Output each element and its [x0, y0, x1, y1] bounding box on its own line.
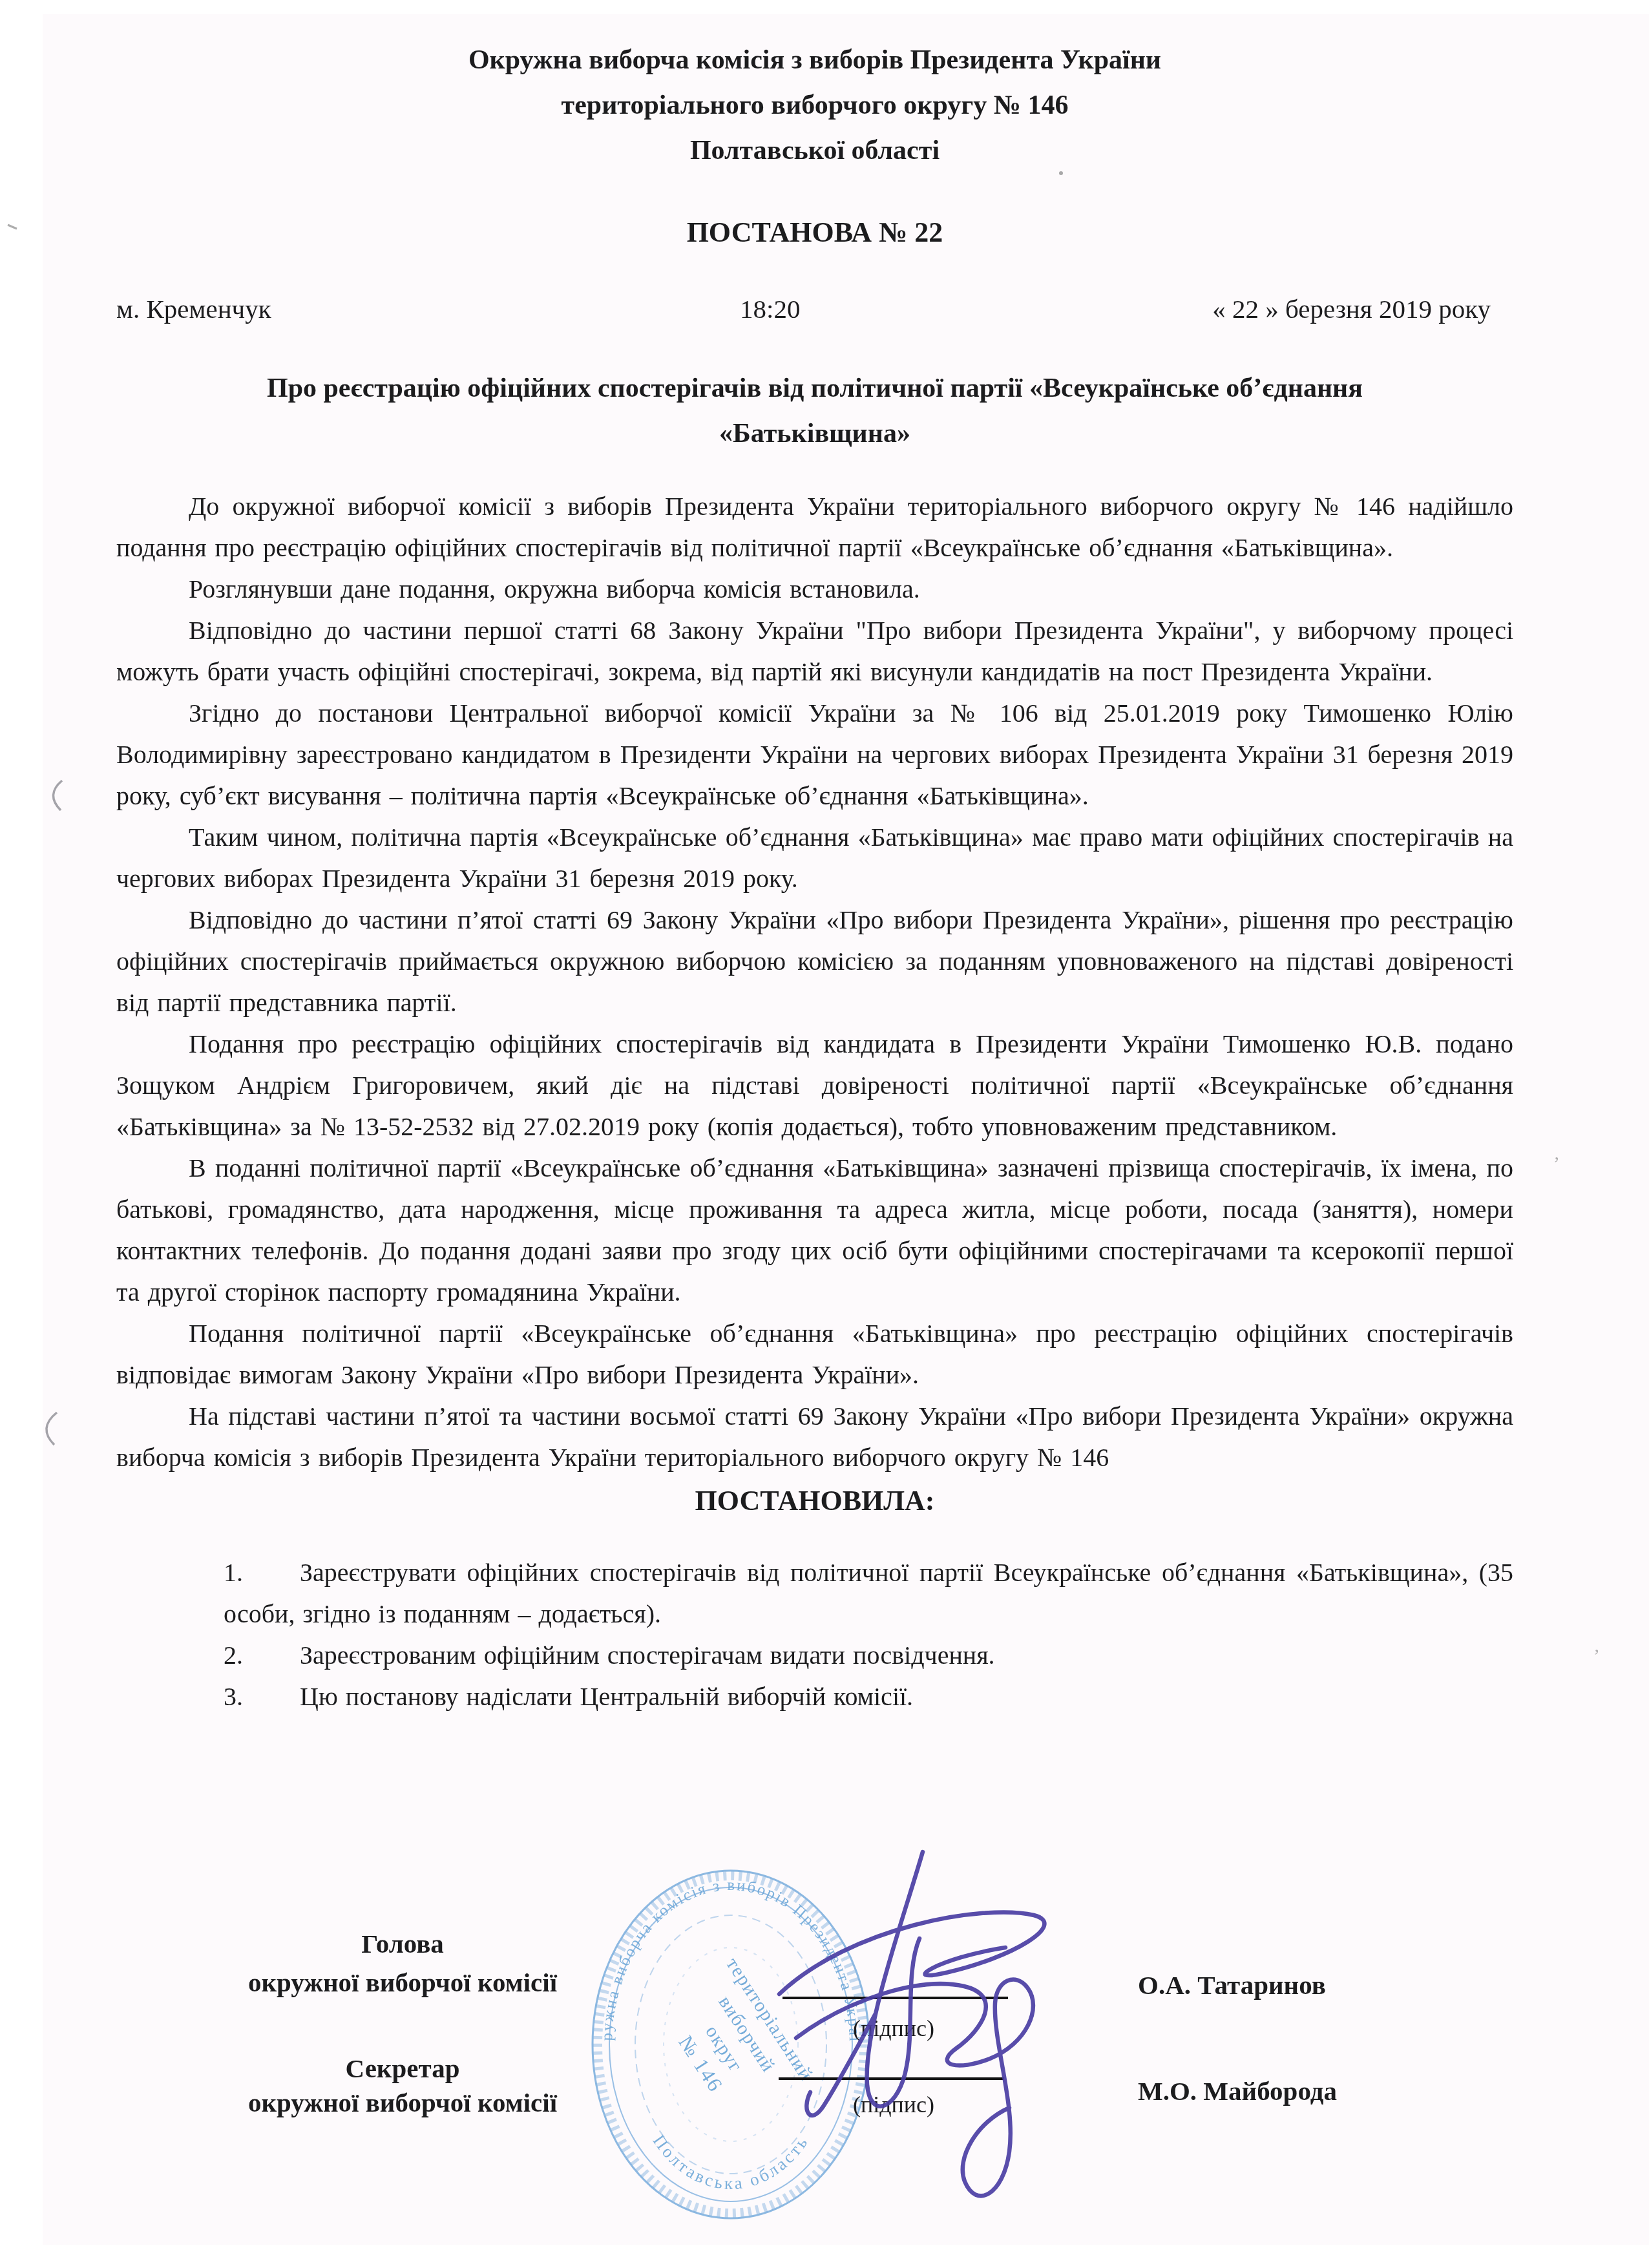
head-signature-line [782, 1997, 1008, 1999]
paragraph: Відповідно до частини п’ятої статті 69 З… [116, 899, 1513, 1024]
resolution-title: ПОСТАНОВА № 22 [116, 209, 1513, 256]
secretary-name: М.О. Майборода [1138, 2073, 1526, 2109]
paragraph: Подання про реєстрацію офіційних спостер… [116, 1024, 1513, 1148]
svg-text:округ: округ [701, 2022, 747, 2076]
head-signature-caption: (підпис) [816, 2012, 971, 2044]
meta-row: м. Кременчук 18:20 « 22 » березня 2019 р… [116, 288, 1513, 330]
document-content: Окружна виборча комісія з виборів Презид… [116, 14, 1513, 1717]
resolution-number: 1. [224, 1552, 300, 1593]
subject-heading: Про реєстрацію офіційних спостерігачів в… [116, 366, 1513, 456]
subject-line-2: «Батьківщина» [116, 411, 1513, 456]
body-text: До окружної виборчої комісії з виборів П… [116, 486, 1513, 1478]
subject-line-1: Про реєстрацію офіційних спостерігачів в… [116, 366, 1513, 411]
header-line-3: Полтавської області [116, 128, 1513, 173]
head-role-line-1: Голова [227, 1926, 578, 1962]
resolutions-list: 1.Зареєструвати офіційних спостерігачів … [116, 1552, 1513, 1717]
paragraph: В поданні політичної партії «Всеукраїнсь… [116, 1148, 1513, 1313]
svg-text:територіальний: територіальний [722, 1954, 817, 2084]
paragraph: На підставі частини п’ятої та частини во… [116, 1396, 1513, 1478]
secretary-role-line-1: Секретар [227, 2050, 578, 2086]
resolution-number: 3. [224, 1676, 300, 1717]
svg-text:виборчий: виборчий [714, 1992, 779, 2076]
document-header: Окружна виборча комісія з виборів Презид… [116, 37, 1513, 173]
secretary-role-line-2: окружної виборчої комісії [227, 2084, 578, 2121]
resolution-number: 2. [224, 1635, 300, 1676]
resolution-item: 2.Зареєстрованим офіційним спостерігачам… [116, 1635, 1513, 1676]
resolution-item: 1.Зареєструвати офіційних спостерігачів … [116, 1552, 1513, 1635]
meta-time: 18:20 [740, 288, 800, 330]
paragraph: Подання політичної партії «Всеукраїнське… [116, 1313, 1513, 1396]
scanned-document-page: Окружна виборча комісія з виборів Презид… [0, 0, 1649, 2268]
resolution-item: 3.Цю постанову надіслати Центральній виб… [116, 1676, 1513, 1717]
header-line-1: Окружна виборча комісія з виборів Презид… [116, 37, 1513, 83]
svg-text:№ 146: № 146 [674, 2032, 728, 2097]
secretary-signature-line [779, 2077, 1004, 2080]
document-paper: Окружна виборча комісія з виборів Презид… [43, 14, 1649, 2245]
header-line-2: територіального виборчого округу № 146 [116, 83, 1513, 128]
resolution-text: Зареєстрованим офіційним спостерігачам в… [300, 1641, 995, 1670]
resolution-text: Зареєструвати офіційних спостерігачів ві… [224, 1558, 1513, 1628]
stamp-center-text: територіальний виборчий округ № 146 [653, 1954, 817, 2130]
meta-date: « 22 » березня 2019 року [1212, 288, 1491, 330]
paragraph: Відповідно до частини першої статті 68 З… [116, 610, 1513, 693]
secretary-signature-caption: (підпис) [816, 2088, 971, 2121]
head-name: О.А. Татаринов [1138, 1967, 1526, 2003]
resolved-heading: ПОСТАНОВИЛА: [116, 1478, 1513, 1524]
round-stamp-icon [593, 1871, 869, 2218]
paragraph: Згідно до постанови Центральної виборчої… [116, 693, 1513, 817]
resolution-text: Цю постанову надіслати Центральній вибор… [300, 1682, 913, 1711]
meta-place: м. Кременчук [116, 288, 271, 330]
paragraph: До окружної виборчої комісії з виборів П… [116, 486, 1513, 569]
head-role-line-2: окружної виборчої комісії [227, 1964, 578, 2000]
stamp-ring-text-bottom: Полтавська область [649, 2131, 813, 2193]
paragraph: Таким чином, політична партія «Всеукраїн… [116, 817, 1513, 899]
paragraph: Розглянувши дане подання, окружна виборч… [116, 569, 1513, 610]
